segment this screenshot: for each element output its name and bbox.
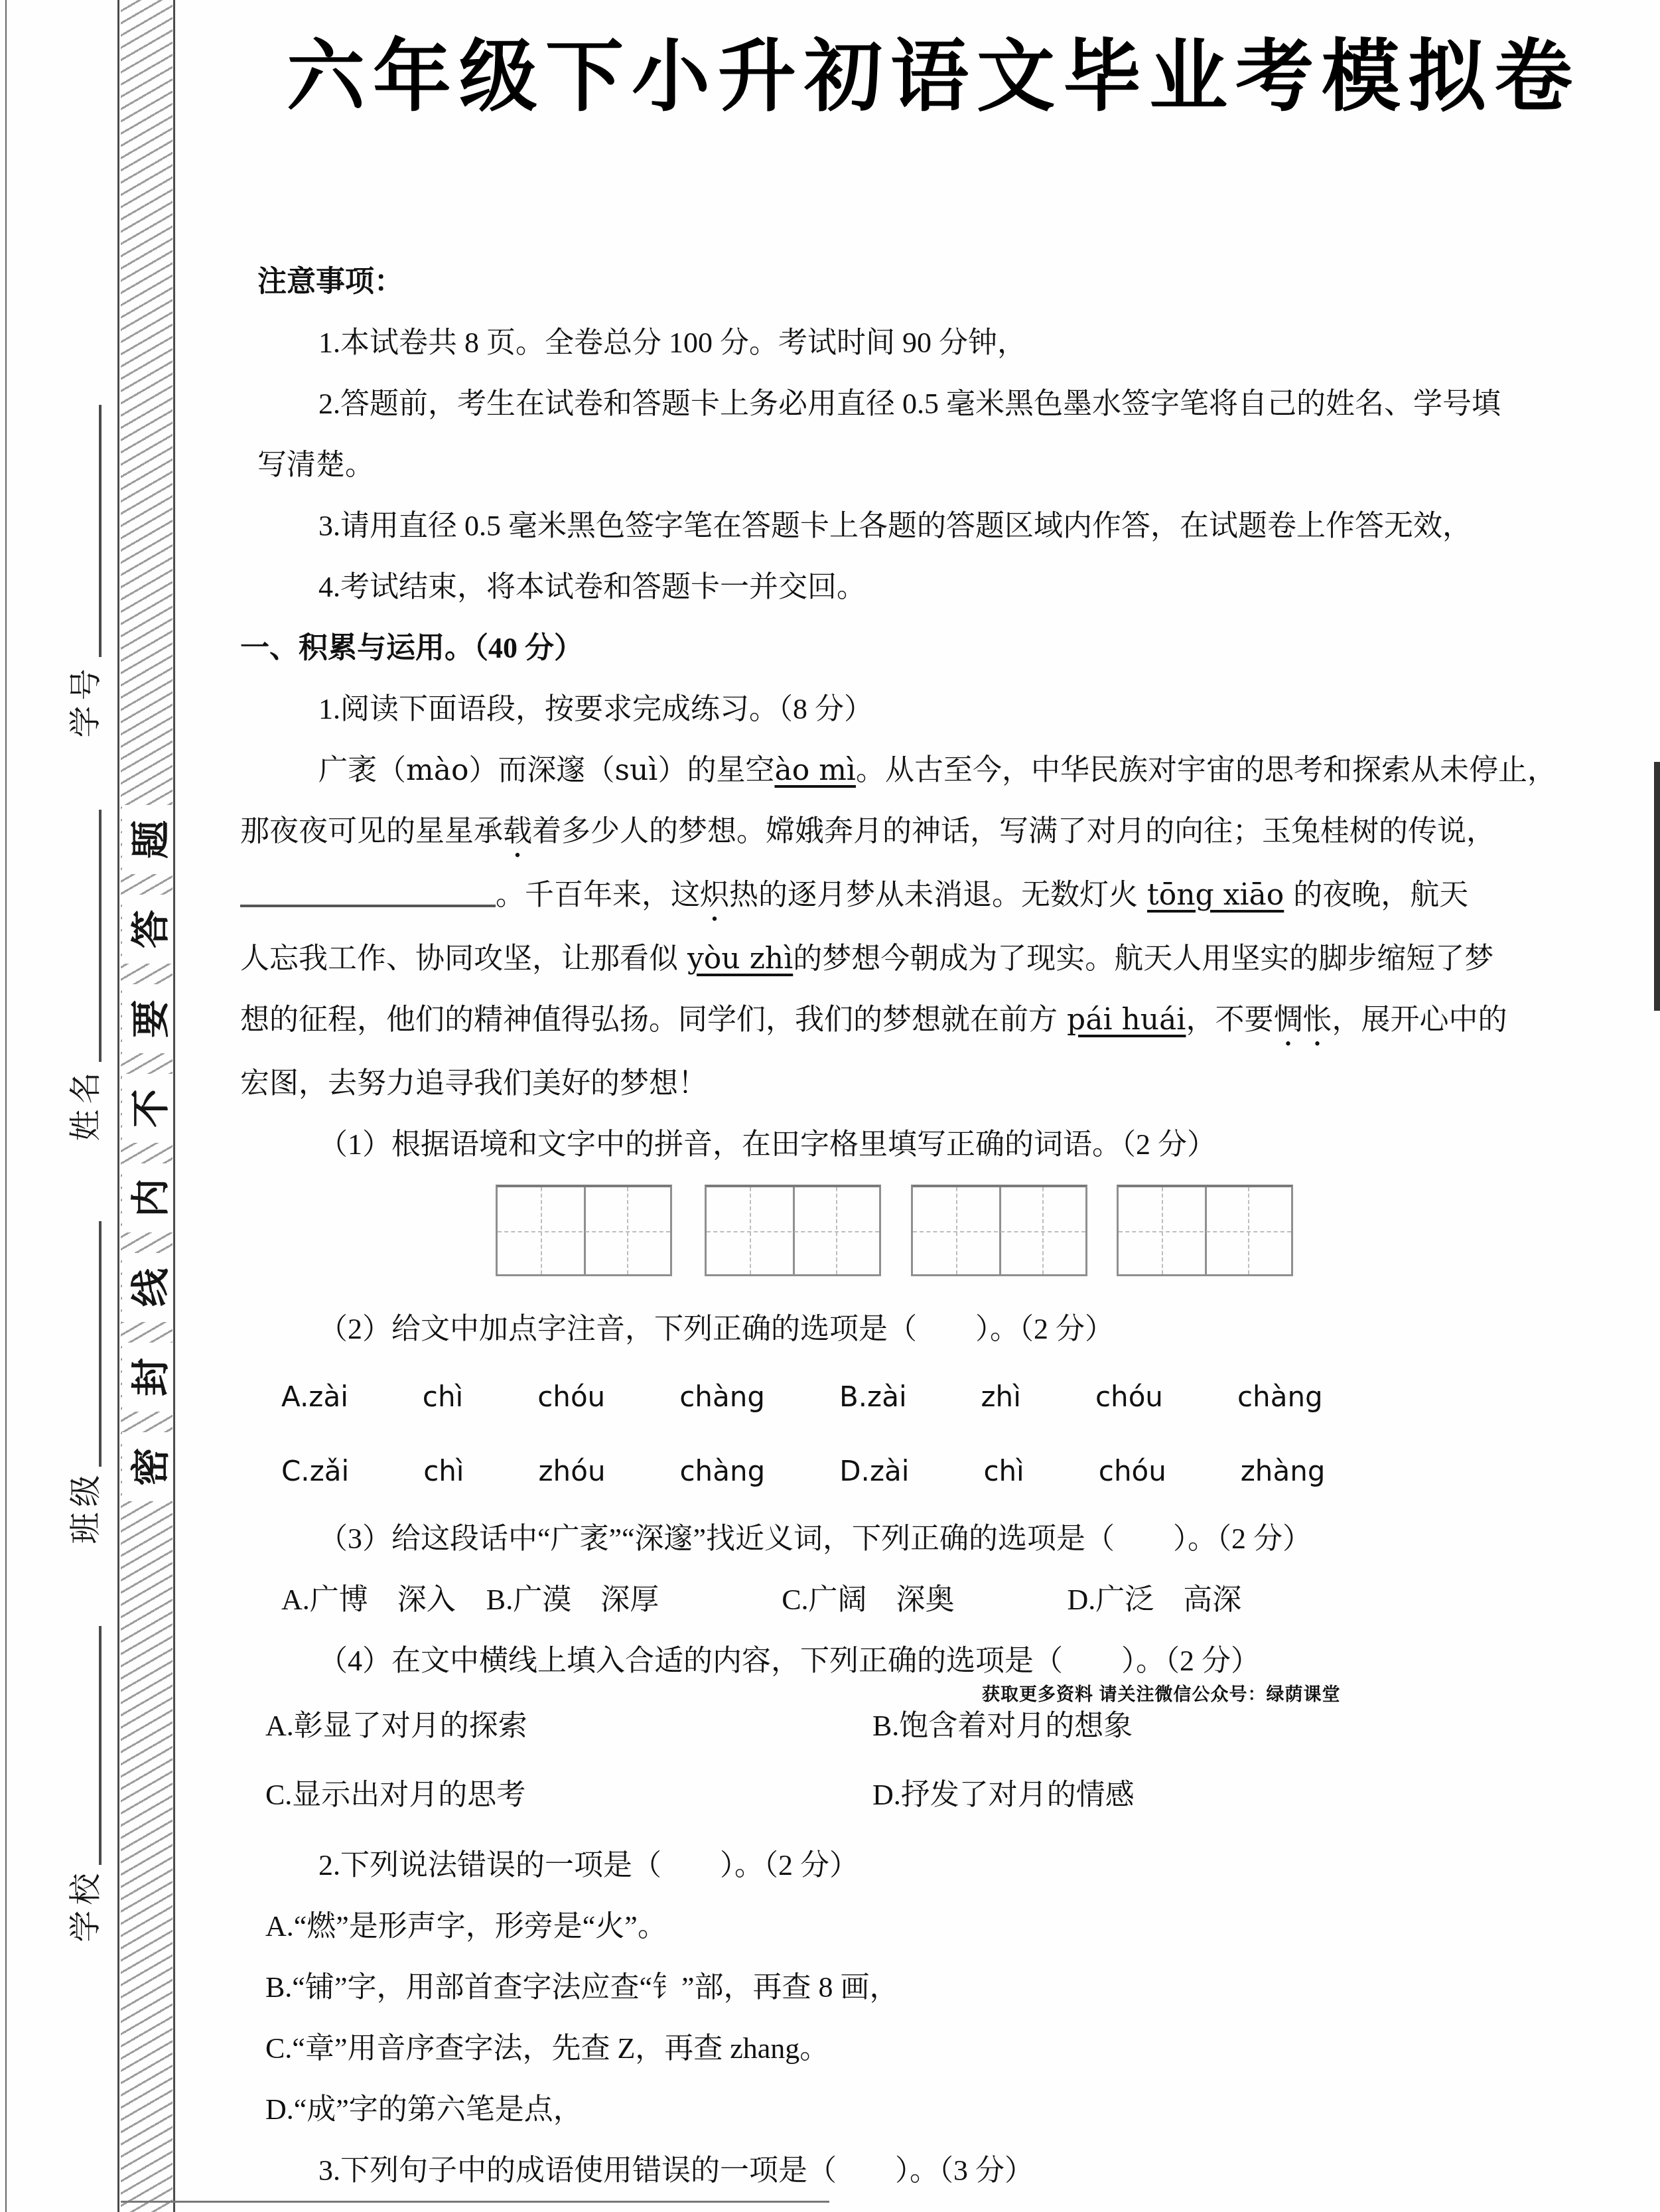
fill-in-blank-line [240, 878, 496, 907]
pinyin-token: chì [423, 1360, 463, 1434]
tianzige-grid [911, 1185, 1087, 1276]
notice-heading: 注意事项： [240, 252, 1627, 313]
watermark-text: 获取更多资料 请关注微信公众号：绿荫课堂 [982, 1685, 1341, 1705]
grid-dashed-line [956, 1187, 957, 1274]
scan-edge-artifact [1654, 762, 1660, 1011]
option-item: B.饱含着对月的想象 [872, 1710, 1133, 1742]
grid-dashed-line [1042, 1187, 1044, 1274]
tianzige-grid [705, 1185, 881, 1276]
option-row: A.“燃”是形声字，形旁是“火”。 [240, 1896, 1627, 1957]
q3-stem: 3.下列句子中的成语使用错误的一项是（ ）。（3 分） [240, 2140, 1627, 2201]
notice-line: 4.考试结束，将本试卷和答题卡一并交回。 [240, 557, 1627, 618]
seal-char-glyph: 线 [119, 1268, 175, 1307]
option-row: B.“铺”字，用部首查字法应查“钅”部，再查 8 画， [240, 1957, 1627, 2018]
seal-char-glyph: 密 [119, 1447, 175, 1486]
pinyin-token: chàng [679, 1360, 765, 1434]
notice-line: 2.答题前，考生在试卷和答题卡上务必用直径 0.5 毫米黑色墨水签字笔将自己的姓… [240, 374, 1627, 435]
emphasized-char: 载 [503, 814, 532, 848]
pinyin-fill-word: tōng xiāo [1147, 878, 1284, 912]
grid-dashed-line [836, 1187, 837, 1274]
pinyin-token: chóu [1095, 1360, 1163, 1434]
exam-content: 六年级下小升初语文毕业考模拟卷 注意事项： 1.本试卷共 8 页。全卷总分 10… [240, 0, 1627, 2201]
passage-segment: 人忘我工作、协同攻坚，让那看似 [240, 942, 687, 976]
passage-segment: 宏图，去努力追寻我们美好的梦想！ [240, 1067, 707, 1100]
option-row: A.广博 深入B.广漠 深厚C.广阔 深奥D.广泛 高深 [240, 1570, 1627, 1631]
passage-segment: ，不要 [1186, 1003, 1273, 1037]
pinyin-option-row: A.zàichìchóuchàngB.zàizhìchóuchàng [240, 1360, 1627, 1434]
seal-char: 答 [122, 895, 173, 964]
passage-segment: 着多少人的梦想。嫦娥奔月的神话，写满了对月的向往；玉兔桂树的传说， [532, 814, 1495, 848]
option-row: 获取更多资料 请关注微信公众号：绿荫课堂A.彰显了对月的探索B.饱含着对月的想象 [240, 1692, 1627, 1761]
tianzige-grid [496, 1185, 672, 1276]
passage-line: 。千百年来，这炽热的逐月梦从未消退。无数灯火 tōng xiāo 的夜晚，航天 [240, 865, 1627, 928]
q1-sub4-stem: （4）在文中横线上填入合适的内容，下列正确的选项是（ ）。（2 分） [240, 1631, 1627, 1692]
seal-char-glyph: 要 [119, 999, 175, 1038]
option-item: A.广博 深入 [281, 1584, 456, 1616]
seal-char: 线 [122, 1253, 173, 1322]
passage-line: 人忘我工作、协同攻坚，让那看似 yòu zhì的梦想今朝成为了现实。航天人用坚实… [240, 928, 1627, 990]
pinyin-token: B.zài [839, 1360, 907, 1434]
emphasized-char: 怅 [1302, 1003, 1332, 1037]
notice-line: 1.本试卷共 8 页。全卷总分 100 分。考试时间 90 分钟， [240, 313, 1627, 374]
pinyin-option-row: C.zǎichìzhóuchàngD.zàichìchóuzhàng [240, 1434, 1627, 1509]
pinyin-fill-word: yòu zhì [687, 942, 793, 976]
pinyin-token: zhì [981, 1360, 1021, 1434]
option-row: C.“章”用音序查字法，先查 Z，再查 zhang。 [240, 2018, 1627, 2079]
passage-line: 广袤（mào）而深邃（suì）的星空ào mì。从古至今，中华民族对宇宙的思考和… [240, 740, 1627, 801]
field-label-text: 班级 [59, 1469, 105, 1544]
emphasized-char: 炽 [700, 878, 729, 912]
pinyin-token: D.zài [839, 1434, 909, 1509]
grid-dashed-line [498, 1231, 670, 1232]
notice-line: 3.请用直径 0.5 毫米黑色签字笔在答题卡上各题的答题区域内作答，在试题卷上作… [240, 496, 1627, 557]
pinyin-fill-word: pái huái [1067, 1003, 1186, 1037]
grid-dashed-line [1119, 1231, 1291, 1232]
q1-stem: 1.阅读下面语段，按要求完成练习。（8 分） [240, 679, 1627, 740]
seal-char: 题 [122, 805, 173, 874]
q2-stem: 2.下列说法错误的一项是（ ）。（2 分） [240, 1835, 1627, 1896]
seal-char-glyph: 答 [119, 910, 175, 948]
option-item: C.显示出对月的思考 [265, 1761, 872, 1830]
pinyin-token: chóu [537, 1360, 605, 1434]
field-label-text: 学号 [59, 663, 105, 737]
pinyin-token: A.zài [281, 1360, 348, 1434]
seal-char: 不 [122, 1074, 173, 1143]
option-item: A.彰显了对月的探索 [265, 1692, 872, 1761]
exam-paper-page: 题 答 要 不 内 线 封 密 学号 姓名 班级 学校 六年级下小升初语文毕业考… [0, 0, 1660, 2212]
section-heading: 一、积累与运用。（40 分） [240, 618, 1627, 679]
field-label-xuexiao: 学校 [42, 1828, 122, 1981]
pinyin-token: chì [423, 1434, 464, 1509]
field-blank-line-xingming [99, 810, 102, 1062]
q1-sub1-stem: （1）根据语境和文字中的拼音，在田字格里填写正确的词语。（2 分） [240, 1114, 1627, 1175]
passage-segment: 想的征程，他们的精神值得弘扬。同学们，我们的梦想就在前方 [240, 1003, 1067, 1037]
option-item: B.广漠 深厚 [486, 1584, 659, 1616]
passage-segment: 的梦想今朝成为了现实。航天人用坚实的脚步缩短了梦 [793, 942, 1493, 976]
pinyin-token: C.zǎi [281, 1434, 349, 1509]
seal-char: 要 [122, 984, 173, 1053]
field-label-banji: 班级 [42, 1430, 122, 1583]
field-blank-line-xuehao [99, 405, 102, 657]
emphasized-char: 惆 [1273, 1003, 1302, 1037]
pinyin-fill-word: ào mì [774, 753, 856, 787]
tianzige-grid [1117, 1185, 1293, 1276]
option-item: C.广阔 深奥 [782, 1584, 954, 1616]
passage-line: 那夜夜可见的星星承载着多少人的梦想。嫦娥奔月的神话，写满了对月的向往；玉兔桂树的… [240, 801, 1627, 865]
exam-title: 六年级下小升初语文毕业考模拟卷 [240, 35, 1627, 121]
option-row: D.“成”字的第六笔是点， [240, 2079, 1627, 2140]
seal-char: 封 [122, 1343, 173, 1412]
grid-dashed-line [1162, 1187, 1163, 1274]
passage-segment: 热的逐月梦从未消退。无数灯火 [729, 878, 1147, 912]
grid-dashed-line [627, 1187, 628, 1274]
seal-char-glyph: 封 [119, 1358, 175, 1396]
passage-segment: 的夜晚，航天 [1284, 878, 1468, 912]
pinyin-token: chì [983, 1434, 1024, 1509]
field-label-text: 学校 [59, 1868, 105, 1942]
seal-char: 内 [122, 1163, 173, 1232]
tianzige-grids-row [240, 1185, 1627, 1279]
pinyin-token: chóu [1099, 1434, 1166, 1509]
passage-segment: 那夜夜可见的星星承 [240, 814, 503, 848]
passage-segment: 广袤（mào）而深邃（suì）的星空 [318, 753, 774, 787]
field-label-xuehao: 学号 [42, 624, 122, 776]
passage-line: 宏图，去努力追寻我们美好的梦想！ [240, 1053, 1627, 1114]
pinyin-token: chàng [1237, 1360, 1323, 1434]
field-label-xingming: 姓名 [42, 1027, 122, 1180]
pinyin-token: zhóu [539, 1434, 606, 1509]
field-label-text: 姓名 [59, 1067, 105, 1141]
page-left-border [5, 0, 7, 2212]
option-item: D.广泛 高深 [1068, 1584, 1242, 1616]
grid-dashed-line [707, 1231, 879, 1232]
option-row: C.显示出对月的思考D.抒发了对月的情感 [240, 1761, 1627, 1830]
pinyin-token: chàng [680, 1434, 766, 1509]
notice-line: 写清楚。 [240, 435, 1627, 496]
grid-dashed-line [750, 1187, 751, 1274]
seal-char: 密 [122, 1432, 173, 1501]
passage-line: 想的征程，他们的精神值得弘扬。同学们，我们的梦想就在前方 pái huái，不要… [240, 990, 1627, 1053]
passage-segment: 。千百年来，这 [496, 878, 700, 912]
seal-char-glyph: 题 [119, 820, 175, 859]
option-item: D.抒发了对月的情感 [872, 1779, 1135, 1811]
pinyin-token: zhàng [1241, 1434, 1326, 1509]
grid-dashed-line [1248, 1187, 1249, 1274]
seal-char-glyph: 内 [119, 1179, 175, 1217]
passage-segment: ，展开心中的 [1332, 1003, 1507, 1037]
grid-dashed-line [541, 1187, 542, 1274]
grid-dashed-line [913, 1231, 1085, 1232]
passage-segment: 。从古至今，中华民族对宇宙的思考和探索从未停止， [856, 753, 1556, 787]
seal-char-glyph: 不 [119, 1089, 175, 1128]
q1-sub2-stem: （2）给文中加点字注音，下列正确的选项是（ ）。（2 分） [240, 1299, 1627, 1360]
q1-sub3-stem: （3）给这段话中“广袤”“深邃”找近义词，下列正确的选项是（ ）。（2 分） [240, 1509, 1627, 1570]
